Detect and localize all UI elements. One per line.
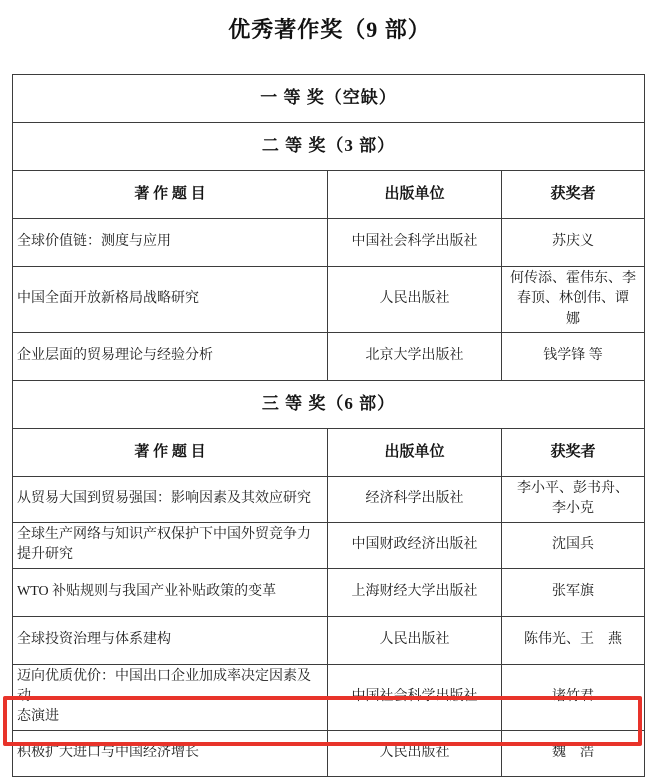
section-row-second-prize: 二 等 奖（3 部） (13, 123, 645, 171)
section-heading-first-prize: 一 等 奖（空缺） (13, 75, 645, 123)
book-title-cell: 企业层面的贸易理论与经验分析 (13, 332, 328, 380)
book-title-cell: 中国全面开放新格局战略研究 (13, 267, 328, 333)
book-title-cell: 积极扩大进口与中国经济增长 (13, 730, 328, 776)
winner-cell: 钱学锋 等 (502, 332, 645, 380)
winner-cell: 魏 浩 (502, 730, 645, 776)
table-row: 全球价值链：测度与应用 中国社会科学出版社 苏庆义 (13, 219, 645, 267)
section-heading-third-prize: 三 等 奖（6 部） (13, 380, 645, 428)
table-row-highlighted: 积极扩大进口与中国经济增长 人民出版社 魏 浩 (13, 730, 645, 776)
section-row-third-prize: 三 等 奖（6 部） (13, 380, 645, 428)
book-title-cell: 全球价值链：测度与应用 (13, 219, 328, 267)
winner-cell: 李小平、彭书舟、 李小克 (502, 476, 645, 522)
winner-cell: 何传添、霍伟东、李 春顶、林创伟、谭 娜 (502, 267, 645, 333)
table-row: 中国全面开放新格局战略研究 人民出版社 何传添、霍伟东、李 春顶、林创伟、谭 娜 (13, 267, 645, 333)
column-header-row: 著 作 题 目 出版单位 获奖者 (13, 171, 645, 219)
column-header-book-title: 著 作 题 目 (13, 171, 328, 219)
table-row: 全球生产网络与知识产权保护下中国外贸竞争力 提升研究 中国财政经济出版社 沈国兵 (13, 522, 645, 568)
book-title-cell: WTO 补贴规则与我国产业补贴政策的变革 (13, 568, 328, 616)
book-title-cell: 迈向优质优价：中国出口企业加成率决定因素及动 态演进 (13, 664, 328, 730)
table-row: WTO 补贴规则与我国产业补贴政策的变革 上海财经大学出版社 张军旗 (13, 568, 645, 616)
column-header-row: 著 作 题 目 出版单位 获奖者 (13, 428, 645, 476)
publisher-cell: 经济科学出版社 (328, 476, 502, 522)
publisher-cell: 中国社会科学出版社 (328, 219, 502, 267)
table-row: 迈向优质优价：中国出口企业加成率决定因素及动 态演进 中国社会科学出版社 诸竹君 (13, 664, 645, 730)
awards-table: 一 等 奖（空缺） 二 等 奖（3 部） 著 作 题 目 出版单位 获奖者 全球… (12, 74, 645, 777)
column-header-winner: 获奖者 (502, 171, 645, 219)
table-row: 从贸易大国到贸易强国：影响因素及其效应研究 经济科学出版社 李小平、彭书舟、 李… (13, 476, 645, 522)
column-header-book-title: 著 作 题 目 (13, 428, 328, 476)
book-title-cell: 全球投资治理与体系建构 (13, 616, 328, 664)
publisher-cell: 北京大学出版社 (328, 332, 502, 380)
section-row-first-prize: 一 等 奖（空缺） (13, 75, 645, 123)
section-heading-second-prize: 二 等 奖（3 部） (13, 123, 645, 171)
table-row: 企业层面的贸易理论与经验分析 北京大学出版社 钱学锋 等 (13, 332, 645, 380)
column-header-winner: 获奖者 (502, 428, 645, 476)
table-row: 全球投资治理与体系建构 人民出版社 陈伟光、王 燕 (13, 616, 645, 664)
book-title-cell: 全球生产网络与知识产权保护下中国外贸竞争力 提升研究 (13, 522, 328, 568)
winner-cell: 诸竹君 (502, 664, 645, 730)
page-title: 优秀著作奖（9 部） (0, 13, 659, 44)
publisher-cell: 人民出版社 (328, 267, 502, 333)
publisher-cell: 上海财经大学出版社 (328, 568, 502, 616)
publisher-cell: 中国社会科学出版社 (328, 664, 502, 730)
winner-cell: 苏庆义 (502, 219, 645, 267)
column-header-publisher: 出版单位 (328, 428, 502, 476)
winner-cell: 沈国兵 (502, 522, 645, 568)
book-title-cell: 从贸易大国到贸易强国：影响因素及其效应研究 (13, 476, 328, 522)
winner-cell: 陈伟光、王 燕 (502, 616, 645, 664)
publisher-cell: 人民出版社 (328, 616, 502, 664)
column-header-publisher: 出版单位 (328, 171, 502, 219)
publisher-cell: 中国财政经济出版社 (328, 522, 502, 568)
publisher-cell: 人民出版社 (328, 730, 502, 776)
winner-cell: 张军旗 (502, 568, 645, 616)
